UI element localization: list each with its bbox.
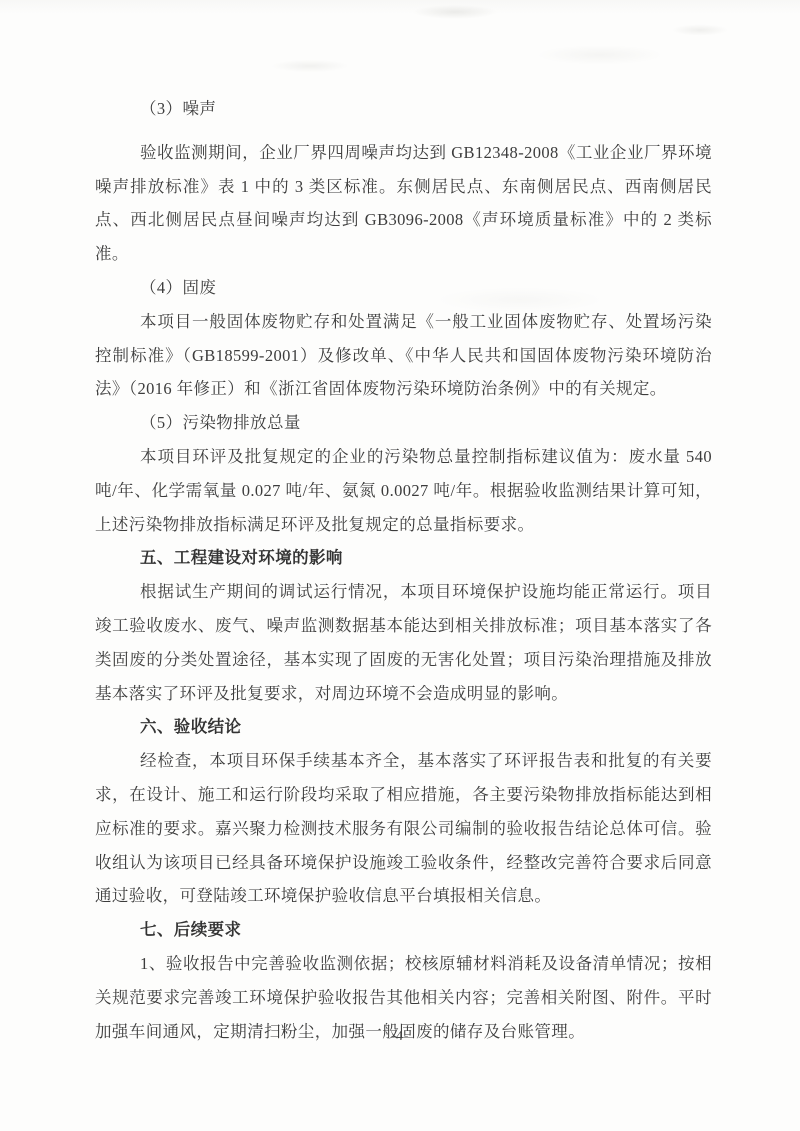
solid-waste-paragraph: 本项目一般固体废物贮存和处置满足《一般工业固体废物贮存、处置场污染控制标准》（G…: [95, 305, 712, 406]
document-page: （3）噪声 验收监测期间，企业厂界四周噪声均达到 GB12348-2008《工业…: [95, 92, 712, 1048]
noise-monitoring-paragraph: 验收监测期间，企业厂界四周噪声均达到 GB12348-2008《工业企业厂界环境…: [95, 136, 712, 271]
chapter-6-acceptance-conclusion-heading: 六、验收结论: [95, 710, 712, 744]
total-emissions-paragraph: 本项目环评及批复规定的企业的污染物总量控制指标建议值为：废水量 540 吨/年、…: [95, 440, 712, 541]
environment-impact-paragraph: 根据试生产期间的调试运行情况，本项目环境保护设施均能正常运行。项目竣工验收废水、…: [95, 575, 712, 710]
page-number: -4-: [0, 1028, 800, 1044]
chapter-7-follow-up-heading: 七、后续要求: [95, 913, 712, 947]
acceptance-conclusion-paragraph: 经检查，本项目环保手续基本齐全，基本落实了环评报告表和批复的有关要求，在设计、施…: [95, 744, 712, 913]
section-5-total-emissions-subheading: （5）污染物排放总量: [95, 406, 712, 440]
section-4-solid-waste-subheading: （4）固废: [95, 271, 712, 305]
chapter-5-environment-impact-heading: 五、工程建设对环境的影响: [95, 541, 712, 575]
section-3-noise-subheading: （3）噪声: [95, 92, 712, 126]
